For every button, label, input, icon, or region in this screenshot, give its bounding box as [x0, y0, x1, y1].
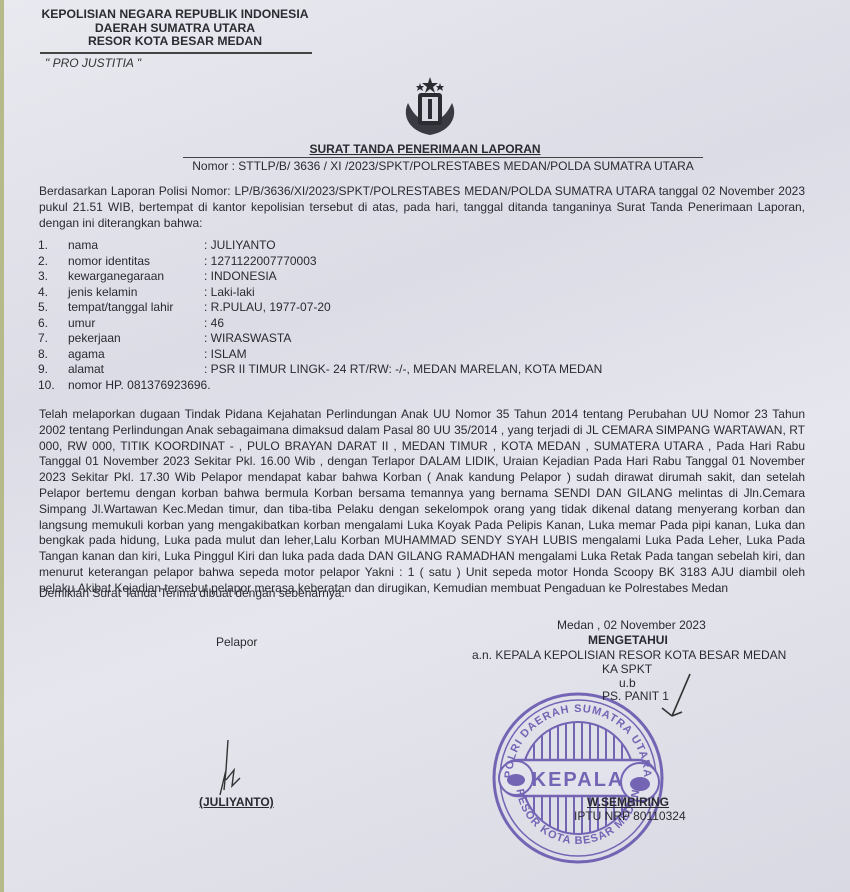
- identity-num: 9.: [38, 362, 68, 378]
- identity-value: : 46: [204, 316, 224, 332]
- officer-name: W.SEMBIRING: [587, 795, 669, 809]
- document-number: Nomor : STTLP/B/ 3636 / XI /2023/SPKT/PO…: [183, 157, 703, 173]
- identity-row: 3.kewarganegaraan: INDONESIA: [38, 269, 602, 285]
- identity-value: : 1271122007770003: [204, 254, 317, 270]
- police-report-receipt: KEPOLISIAN NEGARA REPUBLIK INDONESIA DAE…: [0, 0, 850, 892]
- identity-num: 1.: [38, 238, 68, 254]
- closing-statement: Demikian Surat Tanda Terima dibuat denga…: [39, 586, 805, 602]
- identity-row: 9.alamat: PSR II TIMUR LINGK- 24 RT/RW: …: [38, 362, 602, 378]
- letterhead-line: DAERAH SUMATRA UTARA: [40, 22, 310, 36]
- identity-value: : Laki-laki: [204, 285, 255, 301]
- acknowledged-label: MENGETAHUI: [588, 633, 668, 647]
- reporter-signature: [210, 740, 250, 800]
- identity-label: jenis kelamin: [68, 285, 204, 301]
- identity-label: agama: [68, 347, 204, 363]
- report-paragraph: Telah melaporkan dugaan Tindak Pidana Ke…: [39, 407, 805, 597]
- identity-row: 10.nomor HP. 081376923696.: [38, 378, 602, 394]
- paper-edge: [0, 0, 4, 892]
- identity-value: : PSR II TIMUR LINGK- 24 RT/RW: -/-, MED…: [204, 362, 602, 378]
- reporter-identity-list: 1.nama: JULIYANTO 2.nomor identitas: 127…: [38, 238, 602, 393]
- identity-label: kewarganegaraan: [68, 269, 204, 285]
- on-behalf-line: a.n. KEPALA KEPOLISIAN RESOR KOTA BESAR …: [472, 648, 786, 662]
- identity-num: 7.: [38, 331, 68, 347]
- identity-value: : WIRASWASTA: [204, 331, 291, 347]
- officer-signature: [638, 672, 698, 722]
- reporter-name: (JULIYANTO): [199, 795, 274, 809]
- officer-nrp: IPTU NRP 80110324: [574, 809, 686, 823]
- identity-num: 8.: [38, 347, 68, 363]
- identity-row: 2.nomor identitas: 1271122007770003: [38, 254, 602, 270]
- identity-label: alamat: [68, 362, 204, 378]
- identity-num: 2.: [38, 254, 68, 270]
- ub-label: u.b: [619, 676, 636, 690]
- identity-num: 5.: [38, 300, 68, 316]
- identity-label: nomor HP. 081376923696.: [68, 378, 211, 394]
- letterhead-line: RESOR KOTA BESAR MEDAN: [40, 35, 310, 49]
- identity-label: nama: [68, 238, 204, 254]
- place-date: Medan , 02 November 2023: [557, 618, 706, 632]
- letterhead: KEPOLISIAN NEGARA REPUBLIK INDONESIA DAE…: [40, 8, 310, 49]
- identity-row: 4.jenis kelamin: Laki-laki: [38, 285, 602, 301]
- identity-num: 3.: [38, 269, 68, 285]
- pro-justitia-label: " PRO JUSTITIA ": [45, 56, 141, 70]
- identity-label: tempat/tanggal lahir: [68, 300, 204, 316]
- identity-num: 4.: [38, 285, 68, 301]
- identity-value: : INDONESIA: [204, 269, 277, 285]
- identity-value: : ISLAM: [204, 347, 247, 363]
- identity-row: 1.nama: JULIYANTO: [38, 238, 602, 254]
- intro-paragraph: Berdasarkan Laporan Polisi Nomor: LP/B/3…: [39, 184, 805, 231]
- identity-value: : JULIYANTO: [204, 238, 276, 254]
- letterhead-divider: [40, 52, 312, 54]
- identity-label: pekerjaan: [68, 331, 204, 347]
- identity-row: 6.umur: 46: [38, 316, 602, 332]
- identity-row: 8.agama: ISLAM: [38, 347, 602, 363]
- identity-value: : R.PULAU, 1977-07-20: [204, 300, 331, 316]
- letterhead-line: KEPOLISIAN NEGARA REPUBLIK INDONESIA: [40, 8, 310, 22]
- identity-label: umur: [68, 316, 204, 332]
- reporter-label: Pelapor: [216, 635, 257, 649]
- identity-row: 5.tempat/tanggal lahir: R.PULAU, 1977-07…: [38, 300, 602, 316]
- identity-label: nomor identitas: [68, 254, 204, 270]
- identity-row: 7.pekerjaan: WIRASWASTA: [38, 331, 602, 347]
- police-emblem-icon: [398, 75, 462, 139]
- stamp-center-text: KEPALA: [532, 769, 625, 791]
- document-title: SURAT TANDA PENERIMAAN LAPORAN: [0, 142, 850, 156]
- identity-num: 6.: [38, 316, 68, 332]
- identity-num: 10.: [38, 378, 68, 394]
